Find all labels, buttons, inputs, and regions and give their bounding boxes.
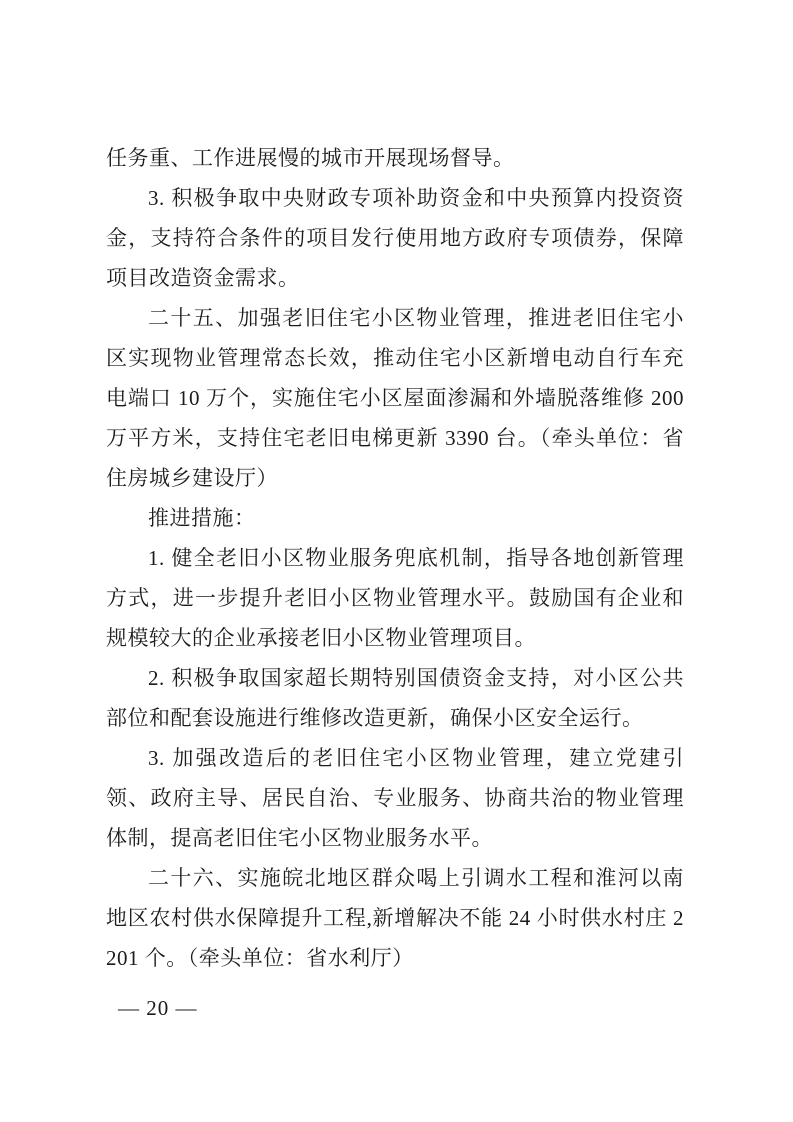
item-3-paragraph: 3. 积极争取中央财政专项补助资金和中央预算内投资资金，支持符合条件的项目发行使… (106, 178, 684, 298)
document-body: 任务重、工作进展慢的城市开展现场督导。 3. 积极争取中央财政专项补助资金和中央… (106, 138, 684, 978)
section-26-paragraph: 二十六、实施皖北地区群众喝上引调水工程和淮河以南地区农村供水保障提升工程,新增解… (106, 858, 684, 978)
measure-1-paragraph: 1. 健全老旧小区物业服务兜底机制，指导各地创新管理方式，进一步提升老旧小区物业… (106, 538, 684, 658)
measure-3-paragraph: 3. 加强改造后的老旧住宅小区物业管理，建立党建引领、政府主导、居民自治、专业服… (106, 738, 684, 858)
measures-heading: 推进措施： (106, 498, 684, 538)
section-25-paragraph: 二十五、加强老旧住宅小区物业管理，推进老旧住宅小区实现物业管理常态长效，推动住宅… (106, 298, 684, 498)
measure-2-paragraph: 2. 积极争取国家超长期特别国债资金支持，对小区公共部位和配套设施进行维修改造更… (106, 658, 684, 738)
continuation-paragraph: 任务重、工作进展慢的城市开展现场督导。 (106, 138, 684, 178)
page-number: — 20 — (118, 988, 198, 1028)
document-page: 任务重、工作进展慢的城市开展现场督导。 3. 积极争取中央财政专项补助资金和中央… (0, 0, 793, 1122)
